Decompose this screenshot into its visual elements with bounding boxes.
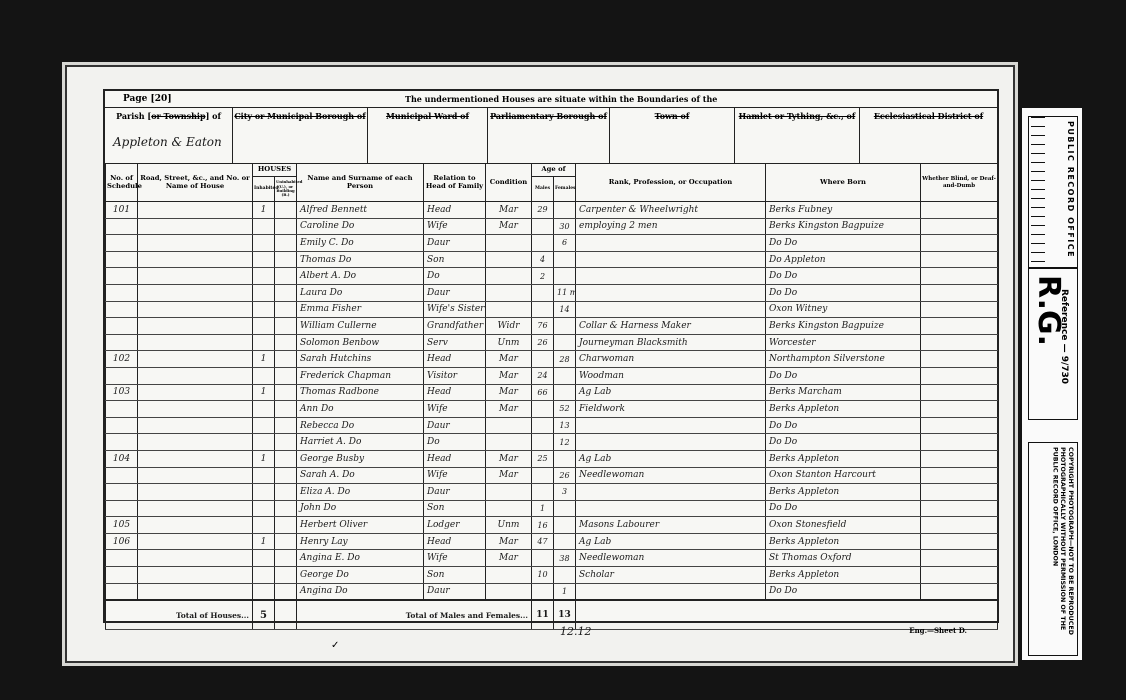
cell-female-age: 1 <box>554 583 576 600</box>
table-row: 1021Sarah HutchinsHeadMar28CharwomanNort… <box>106 351 998 368</box>
cell-occupation: Journeyman Blacksmith <box>576 334 766 351</box>
cell-occupation: Ag Lab <box>576 450 766 467</box>
cell-male-age <box>532 218 554 235</box>
cell-schedule <box>106 301 138 318</box>
cell-female-age: 13 <box>554 417 576 434</box>
cell-born: Do Do <box>766 500 921 517</box>
cell-name: George Do <box>297 567 424 584</box>
cell-schedule <box>106 434 138 451</box>
cell-uninhabited <box>275 251 297 268</box>
cell-male-age: 2 <box>532 268 554 285</box>
cell-female-age <box>554 384 576 401</box>
cell-relation: Daur <box>424 235 486 252</box>
cell-schedule <box>106 268 138 285</box>
cell-schedule <box>106 218 138 235</box>
cell-schedule <box>106 484 138 501</box>
cell-relation: Daur <box>424 583 486 600</box>
cell-schedule <box>106 284 138 301</box>
cell-name: John Do <box>297 500 424 517</box>
cell-uninhabited <box>275 484 297 501</box>
cell-name: Eliza A. Do <box>297 484 424 501</box>
cell-blind <box>921 367 998 384</box>
col-age: Age of <box>532 164 576 177</box>
cell-male-age: 47 <box>532 533 554 550</box>
cell-male-age <box>532 484 554 501</box>
cell-name: Solomon Benbow <box>297 334 424 351</box>
cell-inhabited <box>253 218 275 235</box>
cell-name: Laura Do <box>297 284 424 301</box>
cell-inhabited <box>253 417 275 434</box>
census-form: Page [20] The undermentioned Houses are … <box>103 89 999 623</box>
cell-female-age: 3 <box>554 484 576 501</box>
cell-born: Berks Appleton <box>766 401 921 418</box>
cell-blind <box>921 251 998 268</box>
municipal-ward-cell: Municipal Ward of <box>368 107 488 163</box>
cell-occupation: Charwoman <box>576 351 766 368</box>
males-total: 11 <box>532 600 554 630</box>
table-row: Harriet A. DoDo12Do Do <box>106 434 998 451</box>
table-row: Caroline DoWifeMar30employing 2 menBerks… <box>106 218 998 235</box>
cell-uninhabited <box>275 301 297 318</box>
cell-condition <box>486 434 532 451</box>
cell-occupation: Masons Labourer <box>576 517 766 534</box>
cell-road <box>138 434 253 451</box>
cell-uninhabited <box>275 351 297 368</box>
cell-male-age <box>532 284 554 301</box>
parish-value: Appleton & Eaton <box>105 121 232 149</box>
cell-schedule <box>106 467 138 484</box>
cell-female-age <box>554 334 576 351</box>
cell-name: Thomas Radbone <box>297 384 424 401</box>
cell-condition <box>486 583 532 600</box>
cell-relation: Son <box>424 251 486 268</box>
cell-born: Do Appleton <box>766 251 921 268</box>
cell-inhabited <box>253 500 275 517</box>
cell-inhabited <box>253 567 275 584</box>
cell-relation: Wife <box>424 401 486 418</box>
cell-male-age <box>532 550 554 567</box>
cell-schedule: 102 <box>106 351 138 368</box>
cell-road <box>138 318 253 335</box>
cell-blind <box>921 218 998 235</box>
cell-uninhabited <box>275 384 297 401</box>
cell-male-age <box>532 434 554 451</box>
cell-born: Do Do <box>766 235 921 252</box>
cell-condition: Mar <box>486 533 532 550</box>
cell-relation: Visitor <box>424 367 486 384</box>
cell-road <box>138 367 253 384</box>
cell-name: Ann Do <box>297 401 424 418</box>
cell-occupation <box>576 251 766 268</box>
cell-occupation: Carpenter & Wheelwright <box>576 202 766 219</box>
cell-road <box>138 533 253 550</box>
cell-male-age <box>532 301 554 318</box>
cell-condition: Unm <box>486 517 532 534</box>
cell-condition <box>486 301 532 318</box>
cell-blind <box>921 318 998 335</box>
form-header: Page [20] The undermentioned Houses are … <box>105 91 997 108</box>
cell-name: Emma Fisher <box>297 301 424 318</box>
cell-blind <box>921 467 998 484</box>
cell-name: Emily C. Do <box>297 235 424 252</box>
parish-label: Parish [or Township] of <box>105 111 232 121</box>
cell-road <box>138 450 253 467</box>
cell-female-age <box>554 450 576 467</box>
cell-occupation: Ag Lab <box>576 384 766 401</box>
col-schedule: No. of Schedule <box>106 164 138 202</box>
sheet-label: Eng.—Sheet D. <box>909 626 967 635</box>
totals-row: Total of Houses... 5 Total of Males and … <box>106 600 998 630</box>
table-row: 1031Thomas RadboneHeadMar66Ag LabBerks M… <box>106 384 998 401</box>
town-cell: Town of <box>610 107 735 163</box>
col-road: Road, Street, &c., and No. or Name of Ho… <box>138 164 253 202</box>
ruler-scale <box>1031 117 1045 267</box>
cell-condition <box>486 484 532 501</box>
cell-relation: Daur <box>424 417 486 434</box>
cell-schedule <box>106 251 138 268</box>
cell-inhabited <box>253 434 275 451</box>
cell-schedule <box>106 235 138 252</box>
cell-uninhabited <box>275 284 297 301</box>
col-condition: Condition <box>486 164 532 202</box>
cell-blind <box>921 550 998 567</box>
cell-schedule: 101 <box>106 202 138 219</box>
cell-occupation: Fieldwork <box>576 401 766 418</box>
cell-female-age <box>554 268 576 285</box>
table-row: George DoSon10ScholarBerks Appleton <box>106 567 998 584</box>
cell-relation: Head <box>424 202 486 219</box>
col-born: Where Born <box>766 164 921 202</box>
cell-blind <box>921 533 998 550</box>
cell-inhabited <box>253 484 275 501</box>
col-occupation: Rank, Profession, or Occupation <box>576 164 766 202</box>
cell-condition <box>486 284 532 301</box>
record-office-label: PUBLIC RECORD OFFICE <box>1066 121 1075 258</box>
cell-blind <box>921 351 998 368</box>
cell-condition: Mar <box>486 467 532 484</box>
cell-blind <box>921 284 998 301</box>
cell-road <box>138 268 253 285</box>
cell-road <box>138 583 253 600</box>
cell-male-age <box>532 401 554 418</box>
cell-female-age <box>554 202 576 219</box>
cell-male-age: 26 <box>532 334 554 351</box>
tally-note: 12.12 <box>560 625 592 638</box>
cell-condition: Mar <box>486 401 532 418</box>
cell-inhabited <box>253 550 275 567</box>
cell-inhabited <box>253 334 275 351</box>
cell-female-age <box>554 318 576 335</box>
cell-born: Oxon Witney <box>766 301 921 318</box>
col-houses: HOUSES <box>253 164 297 177</box>
cell-male-age: 4 <box>532 251 554 268</box>
cell-name: Harriet A. Do <box>297 434 424 451</box>
cell-born: Do Do <box>766 583 921 600</box>
cell-schedule <box>106 567 138 584</box>
cell-born: Berks Marcham <box>766 384 921 401</box>
cell-condition <box>486 251 532 268</box>
cell-female-age <box>554 367 576 384</box>
hamlet-cell: Hamlet or Tything, &c., of <box>735 107 860 163</box>
cell-uninhabited <box>275 202 297 219</box>
cell-occupation <box>576 268 766 285</box>
cell-uninhabited <box>275 367 297 384</box>
cell-road <box>138 334 253 351</box>
cell-condition: Mar <box>486 450 532 467</box>
col-name: Name and Surname of each Person <box>297 164 424 202</box>
table-row: 1011Alfred BennettHeadMar29Carpenter & W… <box>106 202 998 219</box>
municipal-borough-cell: City or Municipal Borough of <box>233 107 368 163</box>
cell-male-age: 66 <box>532 384 554 401</box>
cell-occupation <box>576 500 766 517</box>
district-row: Parish [or Township] of Appleton & Eaton… <box>105 107 997 164</box>
cell-road <box>138 218 253 235</box>
cell-inhabited: 1 <box>253 202 275 219</box>
cell-relation: Lodger <box>424 517 486 534</box>
col-uninhabited: Uninhabited (U.), or Building (B.) <box>275 177 297 202</box>
cell-blind <box>921 567 998 584</box>
cell-uninhabited <box>275 550 297 567</box>
cell-female-age: 12 <box>554 434 576 451</box>
cell-occupation: employing 2 men <box>576 218 766 235</box>
cell-schedule <box>106 417 138 434</box>
col-blind: Whether Blind, or Deaf-and-Dumb <box>921 164 998 202</box>
record-office-ruler: PUBLIC RECORD OFFICE <box>1028 116 1078 268</box>
table-row: 105Herbert OliverLodgerUnm16Masons Labou… <box>106 517 998 534</box>
table-row: Ann DoWifeMar52FieldworkBerks Appleton <box>106 401 998 418</box>
cell-road <box>138 550 253 567</box>
cell-inhabited: 1 <box>253 533 275 550</box>
cell-inhabited <box>253 235 275 252</box>
cell-relation: Son <box>424 567 486 584</box>
cell-schedule <box>106 500 138 517</box>
cell-born: Berks Kingston Bagpuize <box>766 218 921 235</box>
cell-inhabited <box>253 467 275 484</box>
cell-blind <box>921 484 998 501</box>
cell-born: Do Do <box>766 434 921 451</box>
cell-road <box>138 301 253 318</box>
col-females: Females <box>554 177 576 202</box>
cell-occupation <box>576 284 766 301</box>
cell-male-age: 29 <box>532 202 554 219</box>
cell-road <box>138 517 253 534</box>
cell-blind <box>921 384 998 401</box>
cell-uninhabited <box>275 583 297 600</box>
check-mark: ✓ <box>331 640 339 651</box>
cell-born: Northampton Silverstone <box>766 351 921 368</box>
cell-name: Rebecca Do <box>297 417 424 434</box>
cell-relation: Wife <box>424 550 486 567</box>
table-row: Angina E. DoWifeMar38NeedlewomanSt Thoma… <box>106 550 998 567</box>
cell-occupation <box>576 434 766 451</box>
cell-name: Albert A. Do <box>297 268 424 285</box>
copyright-text: COPYRIGHT PHOTOGRAPH—NOT TO BE REPRODUCE… <box>1032 447 1074 647</box>
cell-uninhabited <box>275 417 297 434</box>
cell-name: Angina E. Do <box>297 550 424 567</box>
cell-name: George Busby <box>297 450 424 467</box>
cell-schedule: 105 <box>106 517 138 534</box>
cell-male-age: 16 <box>532 517 554 534</box>
cell-inhabited <box>253 367 275 384</box>
cell-relation: Head <box>424 450 486 467</box>
cell-road <box>138 567 253 584</box>
cell-relation: Wife's Sister <box>424 301 486 318</box>
cell-female-age <box>554 500 576 517</box>
cell-born: Berks Kingston Bagpuize <box>766 318 921 335</box>
col-males: Males <box>532 177 554 202</box>
cell-relation: Son <box>424 500 486 517</box>
cell-female-age: 14 <box>554 301 576 318</box>
cell-blind <box>921 202 998 219</box>
cell-road <box>138 251 253 268</box>
cell-born: Berks Appleton <box>766 450 921 467</box>
cell-condition: Unm <box>486 334 532 351</box>
cell-born: Oxon Stonesfield <box>766 517 921 534</box>
cell-relation: Wife <box>424 467 486 484</box>
cell-uninhabited <box>275 533 297 550</box>
cell-occupation <box>576 583 766 600</box>
table-row: Rebecca DoDaur13Do Do <box>106 417 998 434</box>
table-row: Frederick ChapmanVisitorMar24WoodmanDo D… <box>106 367 998 384</box>
cell-condition: Mar <box>486 202 532 219</box>
cell-schedule <box>106 334 138 351</box>
cell-condition: Widr <box>486 318 532 335</box>
cell-blind <box>921 434 998 451</box>
cell-relation: Head <box>424 533 486 550</box>
cell-occupation: Scholar <box>576 567 766 584</box>
census-page: Page [20] The undermentioned Houses are … <box>62 62 1018 666</box>
cell-male-age <box>532 467 554 484</box>
cell-male-age: 24 <box>532 367 554 384</box>
cell-occupation: Woodman <box>576 367 766 384</box>
boundaries-text: The undermentioned Houses are situate wi… <box>405 94 717 104</box>
cell-inhabited <box>253 517 275 534</box>
cell-born: Berks Appleton <box>766 533 921 550</box>
cell-female-age: 11 months <box>554 284 576 301</box>
cell-blind <box>921 235 998 252</box>
cell-uninhabited <box>275 500 297 517</box>
ecclesiastical-district-cell: Ecclesiastical District of <box>860 107 997 163</box>
reference-box: R.G. Reference — 9/730 <box>1028 268 1078 420</box>
cell-born: Worcester <box>766 334 921 351</box>
table-row: Albert A. DoDo2Do Do <box>106 268 998 285</box>
cell-relation: Serv <box>424 334 486 351</box>
copyright-notice: COPYRIGHT PHOTOGRAPH—NOT TO BE REPRODUCE… <box>1028 442 1078 656</box>
cell-male-age: 10 <box>532 567 554 584</box>
cell-male-age: 1 <box>532 500 554 517</box>
cell-road <box>138 500 253 517</box>
cell-relation: Head <box>424 351 486 368</box>
houses-total-value: 5 <box>253 600 275 630</box>
parliamentary-borough-cell: Parliamentary Borough of <box>488 107 610 163</box>
table-row: 1041George BusbyHeadMar25Ag LabBerks App… <box>106 450 998 467</box>
cell-uninhabited <box>275 567 297 584</box>
cell-relation: Do <box>424 434 486 451</box>
cell-occupation: Collar & Harness Maker <box>576 318 766 335</box>
reference-numbers: Reference — 9/730 <box>1059 289 1069 384</box>
cell-uninhabited <box>275 318 297 335</box>
table-row: Thomas DoSon4Do Appleton <box>106 251 998 268</box>
cell-uninhabited <box>275 334 297 351</box>
cell-male-age <box>532 417 554 434</box>
cell-road <box>138 384 253 401</box>
cell-blind <box>921 517 998 534</box>
cell-schedule <box>106 583 138 600</box>
houses-total-label: Total of Houses... <box>106 600 253 630</box>
cell-uninhabited <box>275 467 297 484</box>
cell-born: Berks Appleton <box>766 567 921 584</box>
table-row: William CullerneGrandfatherWidr76Collar … <box>106 318 998 335</box>
cell-female-age: 6 <box>554 235 576 252</box>
cell-blind <box>921 583 998 600</box>
cell-male-age <box>532 583 554 600</box>
cell-schedule: 106 <box>106 533 138 550</box>
cell-name: Alfred Bennett <box>297 202 424 219</box>
blank-cell <box>275 600 297 630</box>
cell-schedule <box>106 318 138 335</box>
cell-uninhabited <box>275 235 297 252</box>
household-table: No. of Schedule Road, Street, &c., and N… <box>105 163 997 630</box>
table-row: Angina DoDaur1Do Do <box>106 583 998 600</box>
persons-total-label: Total of Males and Females... <box>297 600 532 630</box>
cell-blind <box>921 450 998 467</box>
cell-blind <box>921 401 998 418</box>
cell-female-age: 30 <box>554 218 576 235</box>
cell-born: Do Do <box>766 417 921 434</box>
cell-blind <box>921 268 998 285</box>
cell-female-age <box>554 251 576 268</box>
cell-name: Frederick Chapman <box>297 367 424 384</box>
cell-inhabited <box>253 284 275 301</box>
cell-road <box>138 467 253 484</box>
cell-female-age <box>554 567 576 584</box>
col-relation: Relation to Head of Family <box>424 164 486 202</box>
cell-occupation: Needlewoman <box>576 467 766 484</box>
cell-inhabited: 1 <box>253 384 275 401</box>
cell-condition: Mar <box>486 550 532 567</box>
table-row: John DoSon1Do Do <box>106 500 998 517</box>
cell-blind <box>921 301 998 318</box>
cell-road <box>138 417 253 434</box>
cell-female-age: 38 <box>554 550 576 567</box>
cell-uninhabited <box>275 434 297 451</box>
cell-female-age <box>554 517 576 534</box>
cell-male-age <box>532 351 554 368</box>
cell-condition <box>486 235 532 252</box>
table-row: Emily C. DoDaur6Do Do <box>106 235 998 252</box>
cell-schedule <box>106 401 138 418</box>
cell-born: Do Do <box>766 284 921 301</box>
cell-condition: Mar <box>486 351 532 368</box>
cell-relation: Do <box>424 268 486 285</box>
cell-born: Do Do <box>766 268 921 285</box>
cell-name: William Cullerne <box>297 318 424 335</box>
cell-road <box>138 202 253 219</box>
cell-male-age: 25 <box>532 450 554 467</box>
cell-female-age: 26 <box>554 467 576 484</box>
cell-blind <box>921 500 998 517</box>
cell-uninhabited <box>275 401 297 418</box>
cell-name: Angina Do <box>297 583 424 600</box>
cell-relation: Daur <box>424 284 486 301</box>
cell-inhabited <box>253 318 275 335</box>
cell-occupation: Needlewoman <box>576 550 766 567</box>
cell-occupation <box>576 484 766 501</box>
cell-inhabited: 1 <box>253 351 275 368</box>
cell-name: Henry Lay <box>297 533 424 550</box>
cell-blind <box>921 334 998 351</box>
cell-condition <box>486 417 532 434</box>
